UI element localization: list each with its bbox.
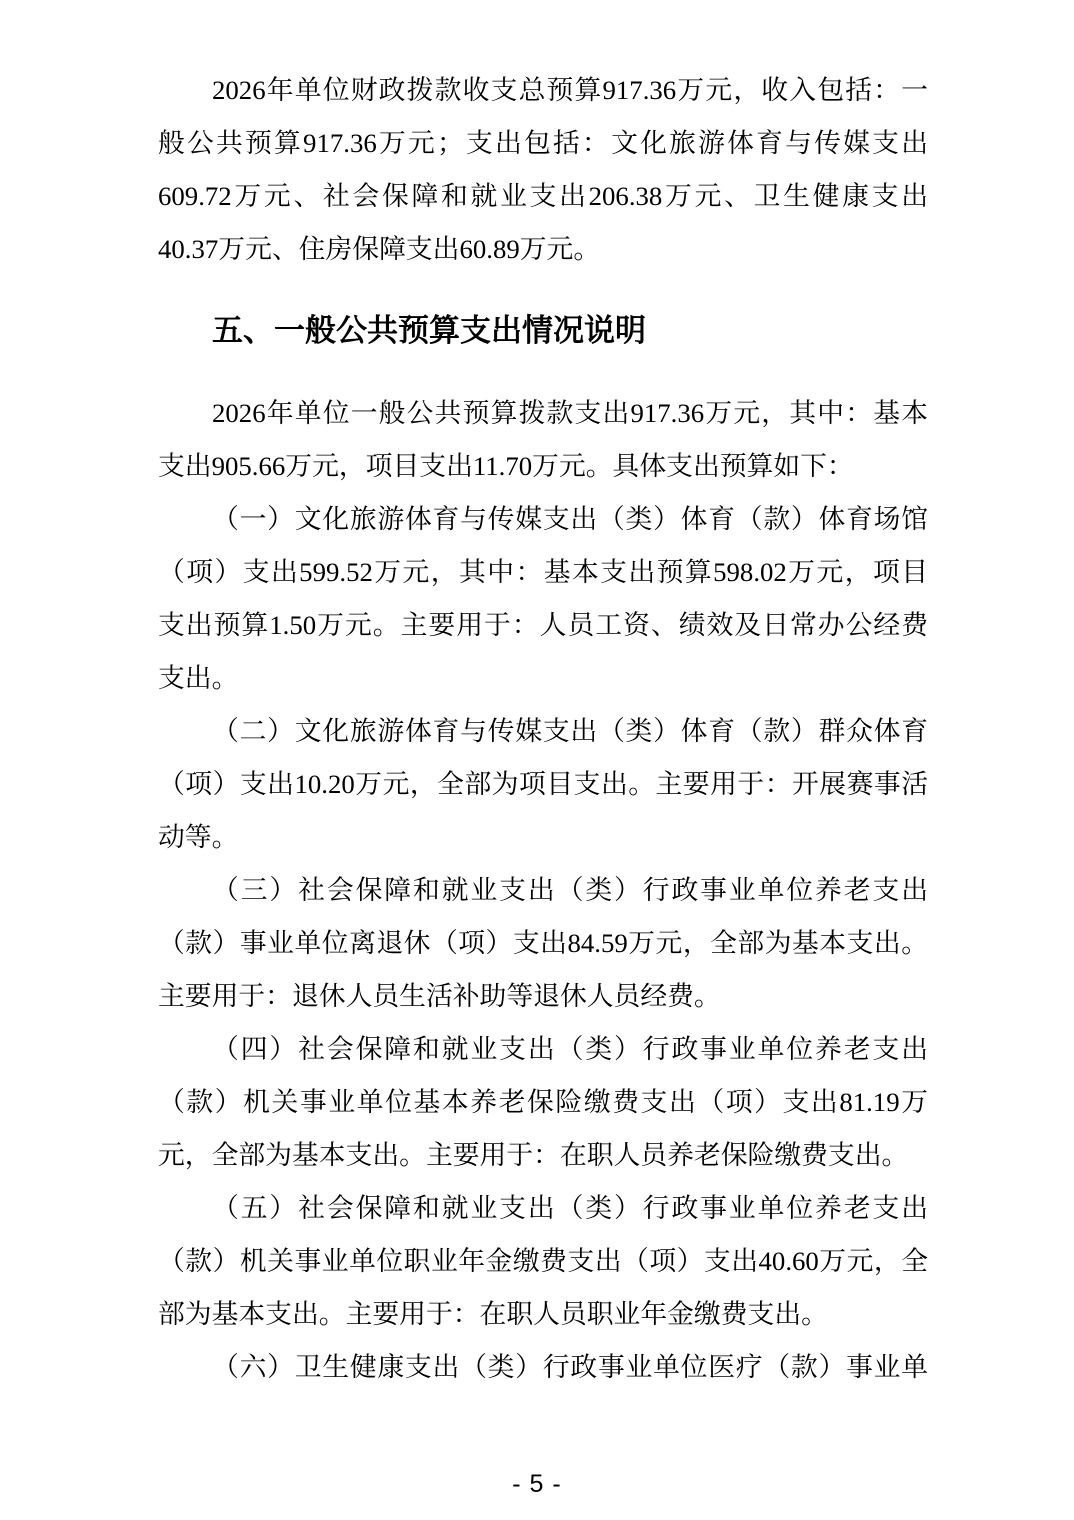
text-line: 2026年单位一般公共预算拨款支出917.36万元，其中：基本 (158, 387, 928, 440)
text-line: （四）社会保障和就业支出（类）行政事业单位养老支出 (158, 1023, 928, 1076)
text-line: 支出。 (158, 652, 928, 705)
text-line: （一）文化旅游体育与传媒支出（类）体育（款）体育场馆 (158, 493, 928, 546)
text-line: 支出预算1.50万元。主要用于：人员工资、绩效及日常办公经费 (158, 599, 928, 652)
text-line: 般公共预算917.36万元；支出包括：文化旅游体育与传媒支出 (158, 117, 928, 170)
text-line: 40.37万元、住房保障支出60.89万元。 (158, 223, 928, 276)
paragraph: （五）社会保障和就业支出（类）行政事业单位养老支出（款）机关事业单位职业年金缴费… (158, 1182, 928, 1341)
text-line: 五、一般公共预算支出情况说明 (158, 304, 928, 357)
text-line: 元，全部为基本支出。主要用于：在职人员养老保险缴费支出。 (158, 1129, 928, 1182)
text-line: （六）卫生健康支出（类）行政事业单位医疗（款）事业单 (158, 1341, 928, 1394)
text-line: 主要用于：退休人员生活补助等退休人员经费。 (158, 970, 928, 1023)
document-body: 2026年单位财政拨款收支总预算917.36万元，收入包括：一般公共预算917.… (158, 64, 928, 1394)
text-line: （三）社会保障和就业支出（类）行政事业单位养老支出 (158, 864, 928, 917)
paragraph: （三）社会保障和就业支出（类）行政事业单位养老支出（款）事业单位离退休（项）支出… (158, 864, 928, 1023)
paragraph: （一）文化旅游体育与传媒支出（类）体育（款）体育场馆（项）支出599.52万元，… (158, 493, 928, 705)
text-line: 动等。 (158, 811, 928, 864)
paragraph: 2026年单位财政拨款收支总预算917.36万元，收入包括：一般公共预算917.… (158, 64, 928, 276)
text-line: （项）支出599.52万元，其中：基本支出预算598.02万元，项目 (158, 546, 928, 599)
section-heading: 五、一般公共预算支出情况说明 (158, 304, 928, 357)
text-line: （项）支出10.20万元，全部为项目支出。主要用于：开展赛事活 (158, 758, 928, 811)
text-line: （款）机关事业单位职业年金缴费支出（项）支出40.60万元，全 (158, 1235, 928, 1288)
text-line: 支出905.66万元，项目支出11.70万元。具体支出预算如下： (158, 440, 928, 493)
text-line: （款）事业单位离退休（项）支出84.59万元，全部为基本支出。 (158, 917, 928, 970)
text-line: （二）文化旅游体育与传媒支出（类）体育（款）群众体育 (158, 705, 928, 758)
text-line: 609.72万元、社会保障和就业支出206.38万元、卫生健康支出 (158, 170, 928, 223)
text-line: （五）社会保障和就业支出（类）行政事业单位养老支出 (158, 1182, 928, 1235)
paragraph: （四）社会保障和就业支出（类）行政事业单位养老支出（款）机关事业单位基本养老保险… (158, 1023, 928, 1182)
text-line: 2026年单位财政拨款收支总预算917.36万元，收入包括：一 (158, 64, 928, 117)
paragraph: （二）文化旅游体育与传媒支出（类）体育（款）群众体育（项）支出10.20万元，全… (158, 705, 928, 864)
page-footer: - 5 - (0, 1470, 1074, 1499)
page-number: - 5 - (512, 1470, 561, 1498)
text-line: 部为基本支出。主要用于：在职人员职业年金缴费支出。 (158, 1288, 928, 1341)
document-page: { "page": { "background": "#ffffff", "te… (0, 0, 1074, 1520)
text-line: （款）机关事业单位基本养老保险缴费支出（项）支出81.19万 (158, 1076, 928, 1129)
paragraph: 2026年单位一般公共预算拨款支出917.36万元，其中：基本支出905.66万… (158, 387, 928, 493)
paragraph: （六）卫生健康支出（类）行政事业单位医疗（款）事业单 (158, 1341, 928, 1394)
